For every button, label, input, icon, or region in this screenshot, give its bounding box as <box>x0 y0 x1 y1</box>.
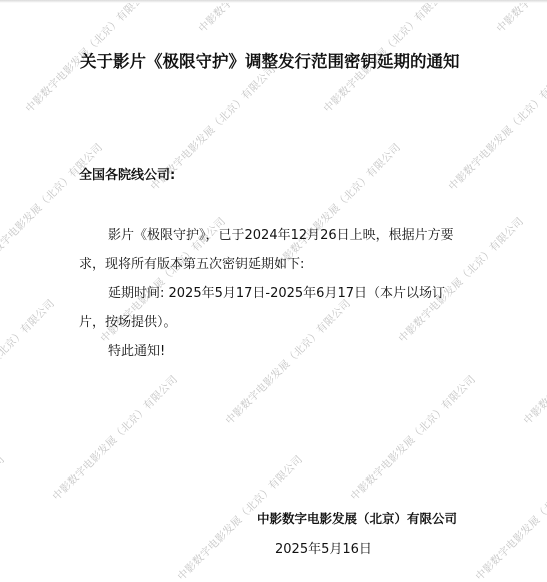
paragraph-extension-period: 延期时间: 2025年5月17日-2025年6月17日（本片以场订片，按场提供）… <box>79 279 469 337</box>
notice-document: 关于影片《极限守护》调整发行范围密钥延期的通知 全国各院线公司: 影片《极限守护… <box>0 0 547 582</box>
paragraph-release-info: 影片《极限守护》，已于2024年12月26日上映，根据片方要求，现将所有版本第五… <box>79 221 469 279</box>
signature-organization: 中影数字电影发展（北京）有限公司 <box>257 509 457 527</box>
page-top-edge <box>0 0 547 3</box>
paragraph-closing: 特此通知! <box>79 337 469 366</box>
document-title: 关于影片《极限守护》调整发行范围密钥延期的通知 <box>80 48 460 72</box>
signature-date: 2025年5月16日 <box>275 538 372 557</box>
document-body: 影片《极限守护》，已于2024年12月26日上映，根据片方要求，现将所有版本第五… <box>79 221 469 366</box>
salutation: 全国各院线公司: <box>79 164 175 183</box>
